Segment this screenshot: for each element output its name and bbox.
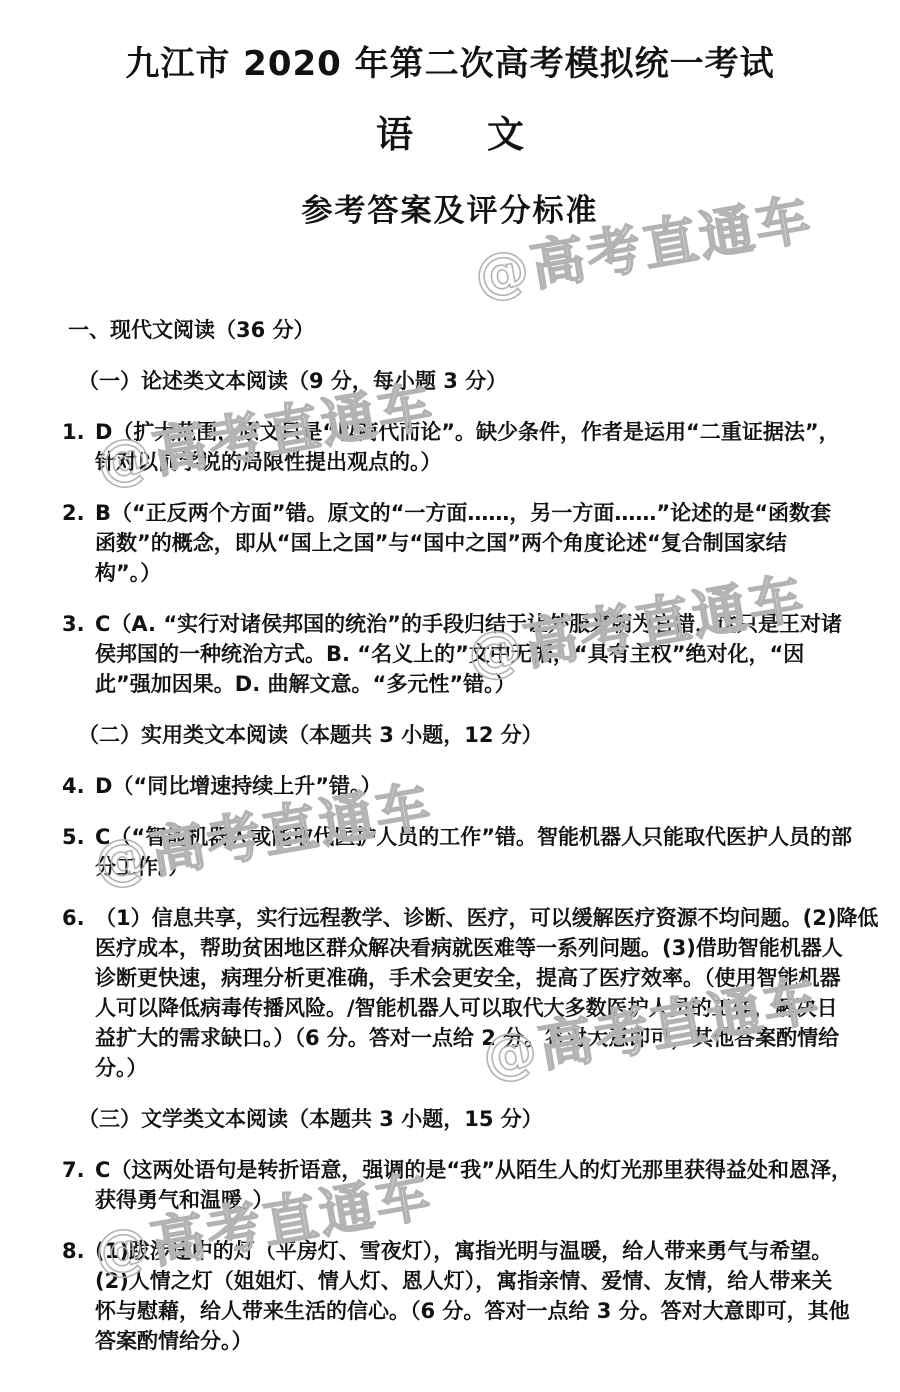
answer-line: (1)跋涉途中的灯（平房灯、雪夜灯），寓指光明与温暖，给人带来勇气与希望。 bbox=[95, 1236, 850, 1266]
answer-line: 此”强加因果。D. 曲解文意。“多元性”错。） bbox=[95, 669, 850, 699]
item-number: 5. bbox=[62, 822, 85, 852]
subsection-prefix: （二） bbox=[78, 723, 141, 747]
answer-item-7: 7. C（这两处语句是转折语意，强调的是“我”从陌生人的灯光那里获得益处和恩泽，… bbox=[62, 1155, 850, 1215]
answer-item-2: 2. B（“正反两个方面”错。原文的“一方面……，另一方面……”论述的是“函数套… bbox=[62, 498, 850, 588]
answers-body: 一、现代文阅读（36 分） （一）论述类文本阅读（9 分，每小题 3 分） 1.… bbox=[62, 315, 850, 1356]
subsection-score: （9 分，每小题 3 分） bbox=[288, 369, 507, 393]
subject-title: 语 文 bbox=[0, 110, 900, 160]
answer-line: 侯邦国的一种统治方式。B. “名义上的”文中无据，“具有主权”绝对化，“因 bbox=[95, 639, 850, 669]
answer-line: D（扩大范围，原文只是“以商代而论”。缺少条件，作者是运用“二重证据法”， bbox=[95, 417, 850, 447]
item-number: 2. bbox=[62, 498, 85, 528]
item-number: 8. bbox=[62, 1236, 85, 1266]
answer-line: C（“智能机器人或能取代医护人员的工作”错。智能机器人只能取代医护人员的部 bbox=[95, 822, 850, 852]
subsection-heading-practical-text: （二）实用类文本阅读（本题共 3 小题，12 分） bbox=[78, 720, 850, 750]
answer-item-8: 8. (1)跋涉途中的灯（平房灯、雪夜灯），寓指光明与温暖，给人带来勇气与希望。… bbox=[62, 1236, 850, 1356]
section-heading-modern-reading: 一、现代文阅读（36 分） bbox=[68, 315, 850, 345]
answer-line: 分工作。） bbox=[95, 852, 850, 882]
item-number: 7. bbox=[62, 1155, 85, 1185]
answer-item-1: 1. D（扩大范围，原文只是“以商代而论”。缺少条件，作者是运用“二重证据法”，… bbox=[62, 417, 850, 477]
answer-key-heading: 参考答案及评分标准 bbox=[0, 192, 900, 231]
exam-title: 九江市 2020 年第二次高考模拟统一考试 bbox=[0, 42, 900, 86]
answer-line: 怀与慰藉，给人带来生活的信心。（6 分。答对一点给 3 分。答对大意即可，其他 bbox=[95, 1296, 850, 1326]
item-number: 3. bbox=[62, 609, 85, 639]
subsection-title: 文学类文本阅读 bbox=[141, 1107, 288, 1131]
answer-line: 诊断更快速，病理分析更准确，手术会更安全，提高了医疗效率。（使用智能机器 bbox=[95, 963, 850, 993]
answer-line: 益扩大的需求缺口。）（6 分。答对一点给 2 分。答对大意即可，其他答案酌情给 bbox=[95, 1023, 850, 1053]
answer-line: 函数”的概念，即从“国上之国”与“国中之国”两个角度论述“复合制国家结 bbox=[95, 528, 850, 558]
item-number: 1. bbox=[62, 417, 85, 447]
answer-item-3: 3. C（A. “实行对诸侯邦国的统治”的手段归结于让外服来朝为官错，这只是王对… bbox=[62, 609, 850, 699]
answer-line: 获得勇气和温暖。） bbox=[95, 1185, 850, 1215]
answer-line: 针对以前学说的局限性提出观点的。） bbox=[95, 447, 850, 477]
document-header: 九江市 2020 年第二次高考模拟统一考试 语 文 参考答案及评分标准 bbox=[0, 0, 900, 231]
subsection-prefix: （一） bbox=[78, 369, 141, 393]
answer-line: C（A. “实行对诸侯邦国的统治”的手段归结于让外服来朝为官错，这只是王对诸 bbox=[95, 609, 850, 639]
answer-line: D（“同比增速持续上升”错。） bbox=[95, 771, 850, 801]
answer-line: 人可以降低病毒传播风险。/智能机器人可以取代大多数医护人员的工作，解决日 bbox=[95, 993, 850, 1023]
item-number: 6. bbox=[62, 903, 85, 933]
subsection-title: 论述类文本阅读 bbox=[141, 369, 288, 393]
subsection-title: 实用类文本阅读 bbox=[141, 723, 288, 747]
answer-line: 医疗成本，帮助贫困地区群众解决看病就医难等一系列问题。(3)借助智能机器人 bbox=[95, 933, 850, 963]
answer-line: C（这两处语句是转折语意，强调的是“我”从陌生人的灯光那里获得益处和恩泽， bbox=[95, 1155, 850, 1185]
answer-item-4: 4. D（“同比增速持续上升”错。） bbox=[62, 771, 850, 801]
answer-line: 构”。） bbox=[95, 558, 850, 588]
subsection-heading-argumentative-text: （一）论述类文本阅读（9 分，每小题 3 分） bbox=[78, 366, 850, 396]
answer-item-5: 5. C（“智能机器人或能取代医护人员的工作”错。智能机器人只能取代医护人员的部… bbox=[62, 822, 850, 882]
answer-line: 答案酌情给分。） bbox=[95, 1326, 850, 1356]
subsection-score: （本题共 3 小题，12 分） bbox=[288, 723, 543, 747]
subsection-score: （本题共 3 小题，15 分） bbox=[288, 1107, 543, 1131]
exam-answer-document: @高考直通车 @高考直通车 @高考直通车 @高考直通车 @高考直通车 @高考直通… bbox=[0, 0, 900, 1392]
answer-line: （1）信息共享，实行远程教学、诊断、医疗，可以缓解医疗资源不均问题。(2)降低 bbox=[95, 903, 850, 933]
subsection-prefix: （三） bbox=[78, 1107, 141, 1131]
subsection-heading-literary-text: （三）文学类文本阅读（本题共 3 小题，15 分） bbox=[78, 1104, 850, 1134]
answer-line: 分。） bbox=[95, 1053, 850, 1083]
answer-line: (2)人情之灯（姐姐灯、情人灯、恩人灯），寓指亲情、爱情、友情，给人带来关 bbox=[95, 1266, 850, 1296]
item-number: 4. bbox=[62, 771, 85, 801]
answer-line: B（“正反两个方面”错。原文的“一方面……，另一方面……”论述的是“函数套 bbox=[95, 498, 850, 528]
answer-item-6: 6. （1）信息共享，实行远程教学、诊断、医疗，可以缓解医疗资源不均问题。(2)… bbox=[62, 903, 850, 1083]
